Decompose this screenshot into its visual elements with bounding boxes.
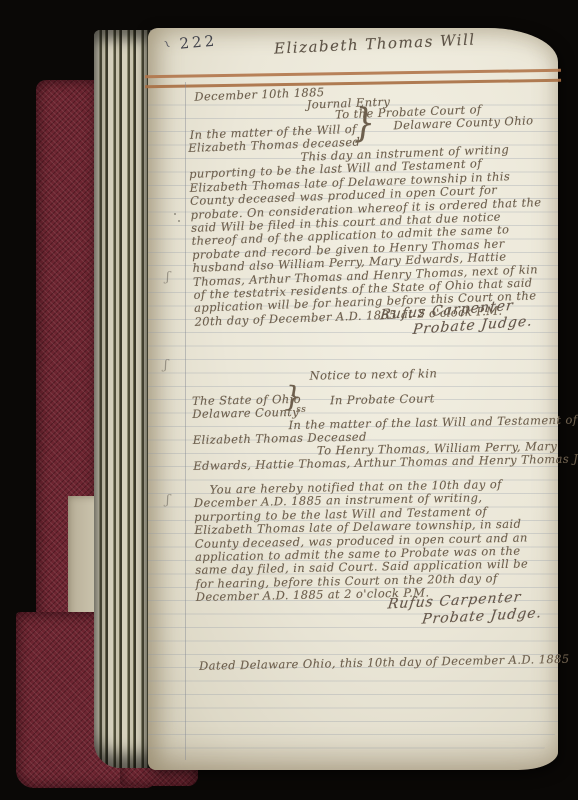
notice-body: You are hereby notified that on the 10th…	[194, 477, 550, 604]
venue-brace: }	[284, 390, 302, 404]
venue-ss-abbrev: ss	[296, 404, 306, 418]
margin-pen-mark: ʃ	[166, 493, 170, 508]
stacked-page-edges	[94, 30, 152, 768]
addressees-line2: Edwards, Hattie Thomas, Arthur Thomas an…	[193, 452, 578, 473]
page-number-value: 222	[179, 32, 218, 53]
judge-signature-title: Probate Judge.	[421, 607, 543, 627]
ink-dot	[174, 213, 176, 215]
dated-line: Dated Delaware Ohio, this 10th day of De…	[199, 653, 570, 674]
notice-section: Notice to next of kin The State of Ohio …	[186, 81, 557, 760]
notice-heading: Notice to next of kin	[309, 367, 437, 383]
notice-court: In Probate Court	[330, 392, 435, 407]
check-mark: ~	[158, 36, 177, 54]
margin-pen-mark: ʃ	[166, 270, 170, 285]
page-title: Elizabeth Thomas Will	[274, 33, 476, 56]
book-photo: ~222 Elizabeth Thomas Will ʃ ʃ ʃ Decembe…	[0, 0, 578, 800]
page-number: ~222	[159, 32, 218, 55]
ledger-page: ~222 Elizabeth Thomas Will ʃ ʃ ʃ Decembe…	[148, 28, 558, 770]
page-content: December 10th 1885 Journal Entry To the …	[186, 88, 544, 760]
ink-dot	[178, 220, 180, 222]
margin-pen-mark: ʃ	[164, 358, 168, 373]
